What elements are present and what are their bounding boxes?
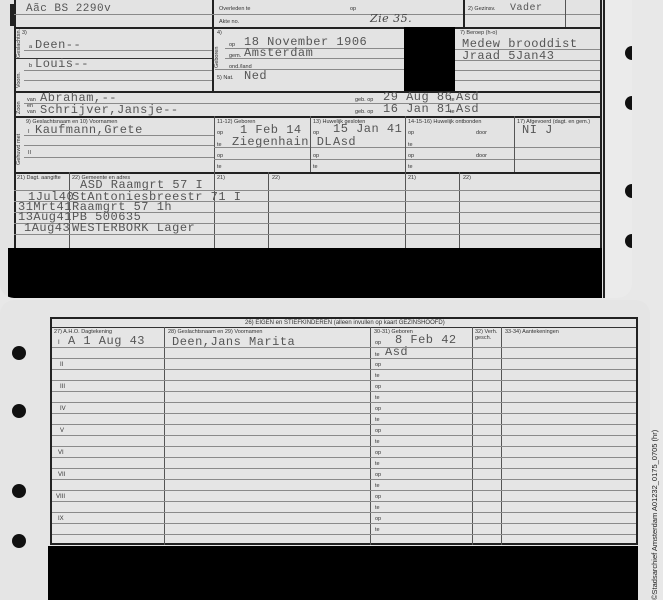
te-label: te xyxy=(375,527,380,533)
nationality-label: 5) Nat. xyxy=(217,75,234,81)
children-section-title: 26) EIGEN en STIEFKINDEREN (alleen invul… xyxy=(245,320,445,326)
akte-no-label: Akte no. xyxy=(219,19,239,25)
mother-name: Schrijver,Jansje-- xyxy=(40,103,179,117)
col-divider xyxy=(459,172,460,248)
dissolved2-op-label: op xyxy=(408,153,414,159)
voornamen-label: Voorn. xyxy=(16,72,22,88)
rule xyxy=(52,413,636,414)
rule xyxy=(225,58,405,59)
marriage-date: 15 Jan 41 xyxy=(333,122,402,136)
rule xyxy=(52,512,636,513)
rule xyxy=(52,468,636,469)
geslachtsnaam-label: Geslachtsn. xyxy=(16,29,22,58)
spouse-op-label: op xyxy=(217,130,223,136)
rule-thick xyxy=(14,172,602,174)
te-label: te xyxy=(375,461,380,467)
rule xyxy=(24,50,212,51)
row-6-num: VI xyxy=(58,450,64,456)
geboren-label: Geboren xyxy=(214,47,220,68)
akte-handwritten: Zie 35. xyxy=(370,12,412,25)
rule xyxy=(24,145,214,146)
col-divider xyxy=(214,116,215,172)
row-4-num: IV xyxy=(60,406,66,412)
col-divider xyxy=(268,172,269,248)
row-3-num: III xyxy=(60,384,65,390)
marriage-op-label: op xyxy=(313,130,319,136)
col-verh-header: 32) Verh. gesch. xyxy=(475,329,501,341)
col-divider xyxy=(405,116,406,172)
beroep-label: 7) Beroep (h-o) xyxy=(460,30,497,36)
rule xyxy=(52,391,636,392)
frame-right xyxy=(600,0,602,248)
redaction-block xyxy=(404,27,455,91)
field-4-label: 4) xyxy=(217,30,222,36)
rule-thick xyxy=(14,27,602,29)
rule xyxy=(52,479,636,480)
address-row-4-date: 1Aug43 xyxy=(24,221,70,235)
gezinsv-value: Vader xyxy=(510,3,543,14)
rule xyxy=(52,457,636,458)
op-label: op xyxy=(375,384,381,390)
nationality: Ned xyxy=(244,69,267,83)
rule xyxy=(52,446,636,447)
row-9-num: IX xyxy=(58,516,64,522)
afgevoerd-value: NI J xyxy=(522,123,553,137)
rule xyxy=(52,435,636,436)
te-label: te xyxy=(375,395,380,401)
rule xyxy=(455,70,600,71)
rule xyxy=(52,424,636,425)
rule xyxy=(24,157,214,158)
divider-header-3 xyxy=(565,0,566,27)
punch-hole xyxy=(12,346,26,360)
family-card-back: 26) EIGEN en STIEFKINDEREN (alleen invul… xyxy=(0,300,650,600)
field-3-label: 3) xyxy=(22,30,27,36)
archive-watermark: ©Stadsarchief Amsterdam A01232_0175_0705… xyxy=(650,220,659,600)
rule xyxy=(455,80,600,81)
tab-marker xyxy=(10,4,14,26)
col-divider xyxy=(405,172,406,248)
dissolved2-te-label: te xyxy=(408,164,413,170)
marriage2-op-label: op xyxy=(313,153,319,159)
dissolved-header: 14-15-16) Huwelijk ontbonden xyxy=(408,119,481,125)
rule xyxy=(52,402,636,403)
rule xyxy=(14,234,600,235)
row-8-num: VIII xyxy=(56,494,65,500)
rule xyxy=(24,80,212,81)
dissolved-door-label: door xyxy=(476,130,487,136)
rule xyxy=(52,523,636,524)
rule xyxy=(52,501,636,502)
row-1-num: I xyxy=(58,340,60,346)
address-date-header-3: 21) xyxy=(408,175,416,181)
op-label: op xyxy=(375,406,381,412)
dissolved-te-label: te xyxy=(408,142,413,148)
te-label: te xyxy=(375,505,380,511)
mother-van-label: van xyxy=(27,109,36,115)
te-label: te xyxy=(375,483,380,489)
te-label: te xyxy=(375,373,380,379)
rule xyxy=(214,147,600,148)
mother-birth-date: 16 Jan 81 xyxy=(383,102,452,116)
rule xyxy=(52,347,636,348)
row-5-num: V xyxy=(60,428,64,434)
col-divider xyxy=(214,172,215,248)
punch-hole xyxy=(625,96,632,110)
col-divider xyxy=(310,116,311,172)
address-header-2: 22) xyxy=(272,175,280,181)
punch-hole xyxy=(12,484,26,498)
spouse-row-2-num: II xyxy=(28,150,31,156)
gehuwd-met-label: Gehuwd met xyxy=(16,134,22,165)
op-label: op xyxy=(375,362,381,368)
family-card-front: Aãc BS 2290v Overleden te op Akte no. Zi… xyxy=(0,0,632,298)
firstname-prefix: b xyxy=(29,63,32,69)
punch-hole xyxy=(625,184,632,198)
overleden-te-label: Overleden te xyxy=(219,6,251,12)
row-2-num: II xyxy=(60,362,63,368)
overleden-op-label: op xyxy=(350,6,356,12)
zoon-label: Zoon xyxy=(16,101,22,114)
rule xyxy=(52,380,636,381)
rule xyxy=(52,358,636,359)
child-1-op-label: op xyxy=(375,340,381,346)
op-label: op xyxy=(375,428,381,434)
rule xyxy=(52,369,636,370)
rule xyxy=(214,159,600,160)
marriage2-te-label: te xyxy=(313,164,318,170)
dissolved-op-label: op xyxy=(408,130,414,136)
op-label: op xyxy=(375,494,381,500)
marriage-place: Asd xyxy=(333,135,356,149)
dissolved2-door-label: door xyxy=(476,153,487,159)
mother-te-label: te xyxy=(450,109,455,115)
address-date-header: 21) Dagt. aangifte xyxy=(17,175,61,181)
card-punch-strip xyxy=(603,0,632,298)
op-label: op xyxy=(375,450,381,456)
gezinsv-label: 2) Gezinsv. xyxy=(468,6,495,12)
rule xyxy=(14,14,600,15)
redaction-bar xyxy=(8,248,602,298)
spouse2-te-label: te xyxy=(217,164,222,170)
address-row-4-addr: WESTERBORK Lager xyxy=(72,221,195,235)
row-7-num: VII xyxy=(58,472,65,478)
mother-birth-place: Asd xyxy=(456,102,479,116)
rule xyxy=(455,60,600,61)
redaction-bar xyxy=(48,546,638,600)
te-label: te xyxy=(375,439,380,445)
punch-hole xyxy=(12,404,26,418)
op-label: op xyxy=(375,472,381,478)
col-notes-header: 33-34) Aantekeningen xyxy=(505,329,559,335)
address-date-header-2: 21) xyxy=(217,175,225,181)
punch-hole xyxy=(12,534,26,548)
child-1-aho: A 1 Aug 43 xyxy=(68,334,145,348)
rule xyxy=(24,135,214,136)
punch-hole xyxy=(625,234,632,248)
col-divider xyxy=(514,116,515,172)
divider-header-2 xyxy=(463,0,465,27)
op-label: op xyxy=(375,516,381,522)
te-label: te xyxy=(375,417,380,423)
rule xyxy=(52,490,636,491)
rule xyxy=(52,534,636,535)
rule xyxy=(24,70,212,71)
address-header-4: 22) xyxy=(463,175,471,181)
rule xyxy=(52,327,636,328)
punch-hole xyxy=(625,46,632,60)
firstname: Louis-- xyxy=(35,57,89,71)
father-geb-op-label: geb. op xyxy=(355,97,373,103)
mother-geb-op-label: geb. op xyxy=(355,109,373,115)
children-table-frame xyxy=(50,317,638,545)
